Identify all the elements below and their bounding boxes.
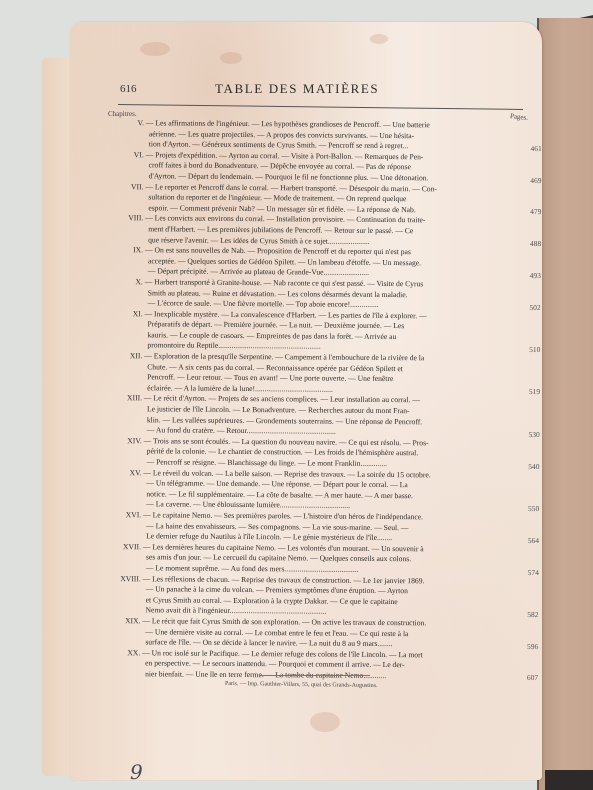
chapter-number: VI. (100, 150, 144, 161)
toc-entry: XVII. — Les dernières heures du capitain… (97, 542, 517, 577)
chapter-summary-text: que réserve l'avenir. — Les idées de Cyr… (148, 235, 370, 246)
toc-entry: XVIII. — Les réflexions de chacun. — Rep… (97, 574, 517, 619)
toc-entry: XV. — Le réveil du volcan. — La belle sa… (97, 468, 517, 513)
chapter-summary-text: et Cyrus Smith au corral. — Exploration … (146, 595, 398, 606)
page-reference: 540 (528, 462, 539, 471)
chapter-summary-text: acceptée. — Quelques sorties de Gédéon S… (148, 256, 421, 267)
page-reference: 574 (528, 568, 539, 577)
page-reference: 550 (528, 504, 539, 513)
chapter-summary-text: promontoire du Reptile..................… (147, 341, 320, 351)
page-reference: 607 (527, 673, 538, 682)
chapter-summary-text: ment d'Harbert. — Les premières jubilati… (148, 224, 413, 235)
chapter-summary-text: notice. — Le fil supplémentaire. — La cô… (146, 489, 413, 500)
page-reference: 479 (530, 207, 541, 216)
chapter-number: XI. (99, 309, 143, 320)
chapter-number: IX. (99, 245, 143, 256)
chapter-summary-text: — Une dernière visite au corral. — Le co… (145, 627, 408, 638)
page-reference: 488 (530, 239, 541, 248)
chapter-summary-text: — Le récit que fait Cyrus Smith de son e… (142, 616, 426, 627)
footer-rule (260, 675, 370, 676)
chapter-summary-text: Le dernier refuge du Nautilus à l'île Li… (146, 531, 392, 542)
chapter-summary-text: Pencroff. — Leur retour. — Tous en avant… (147, 373, 393, 384)
chapter-summary-text: Le justicier de l'île Lincoln. — Le Bona… (147, 404, 410, 415)
chapter-number: VII. (99, 182, 143, 193)
chapter-summary-text: — Trois ans se sont écoulés. — La questi… (144, 436, 429, 447)
foxing-spot (140, 42, 170, 56)
chapter-number: V. (100, 118, 144, 129)
book-cover (537, 18, 593, 790)
chapter-summary-text: — La caverne. — Une éblouissante lumière… (146, 500, 350, 510)
chapter-summary-text: espoir. — Comment prévenir Nab? — Un mes… (148, 203, 415, 214)
chapter-number: X. (99, 277, 143, 288)
chapter-number: XV. (97, 468, 141, 479)
toc-entry: XX. — Un roc isolé sur le Pacifique. — L… (96, 648, 516, 683)
chapter-summary-text: — Départ précipité. — Arrivée au plateau… (148, 267, 369, 278)
chapter-summary-text: — Le capitaine Nemo. — Ses premières par… (143, 510, 423, 521)
chapter-summary-text: — Un télégramme. — Une demande. — Une ré… (146, 479, 407, 490)
chapter-summary-text: — La haine des envahisseurs. — Ses compa… (146, 521, 408, 532)
printer-imprint: Paris. — Imp. Gauthier-Villars, 55, quai… (225, 681, 378, 689)
chapter-summary-text: — Les convicts aux environs du corral. —… (145, 214, 425, 225)
table-of-contents: V. — Les affirmations de l'ingénieur. — … (96, 118, 520, 682)
page-reference: 596 (527, 642, 538, 651)
chapter-summary-text: Smith au plateau. — Ruine et dévastation… (148, 288, 408, 299)
chapter-summary-text: éclairée. — A la lumière de la lune!....… (147, 383, 333, 393)
toc-entry: XIII. — Le récit d'Ayrton. — Projets de … (98, 393, 518, 438)
header-rule (118, 104, 523, 110)
chapter-summary-text: — Le reporter et Pencroff dans le corral… (145, 182, 437, 193)
handwritten-mark: 9 (130, 760, 143, 784)
chapter-summary-text: — Le réveil du volcan. — La belle saison… (143, 468, 430, 479)
chapter-number: XIII. (98, 393, 142, 404)
foxing-spot (310, 712, 340, 732)
chapter-summary-text: ses amis d'un jour. — Le cercueil du cap… (146, 553, 411, 564)
page-reference: 519 (529, 387, 540, 396)
chapter-summary-text: aérienne. — Les quatre projectiles. — A … (149, 129, 414, 140)
page-reference: 502 (529, 303, 540, 312)
toc-entry: XIV. — Trois ans se sont écoulés. — La q… (98, 436, 518, 471)
chapter-summary-text: surface de l'île. — On se décide à lance… (145, 637, 392, 648)
toc-entry: XVI. — Le capitaine Nemo. — Ses première… (97, 510, 517, 545)
toc-entry: VIII. — Les convicts aux environs du cor… (99, 213, 519, 248)
toc-entry: VI. — Projets d'expédition. — Ayrton au … (100, 150, 520, 185)
chapter-summary-text: croff faites à bord du Bonadventure. — D… (149, 161, 411, 172)
page-title: TABLE DES MATIÈRES (215, 81, 379, 97)
toc-entry: IX. — On est sans nouvelles de Nab. — Pr… (99, 245, 519, 280)
page-reference: 582 (527, 610, 538, 619)
chapter-number: XIV. (98, 436, 142, 447)
page-number: 616 (120, 83, 137, 95)
chapter-number: XII. (98, 351, 142, 362)
chapter-summary-text: — Projets d'expédition. — Ayrton au corr… (146, 150, 424, 161)
toc-entry: X. — Harbert transporté à Granite-house.… (99, 277, 519, 312)
chapters-label: Chapitres. (108, 110, 137, 118)
chapter-summary-text: — L'écorce de saule. — Une fièvre mortel… (148, 298, 379, 309)
page-reference: 530 (529, 430, 540, 439)
chapter-number: XVI. (97, 510, 141, 521)
toc-entry: VII. — Le reporter et Pencroff dans le c… (99, 182, 519, 217)
page-reference: 510 (529, 345, 540, 354)
page-reference: 493 (530, 271, 541, 280)
foxing-spot (370, 34, 388, 44)
chapter-summary-text: kauris. — Le couple de casoars. — Emprei… (147, 330, 396, 341)
chapter-summary-text: — Les affirmations de l'ingénieur. — Les… (146, 118, 430, 129)
toc-entry: XII. — Exploration de la presqu'île Serp… (98, 351, 518, 396)
chapter-summary-text: — Inexplicable mystère. — La convalescen… (145, 309, 427, 320)
chapter-summary-text: tion d'Ayrton. — Généreux sentiments de … (149, 140, 409, 151)
chapter-number: XVII. (97, 542, 141, 553)
chapter-number: VIII. (99, 213, 143, 224)
toc-entry: V. — Les affirmations de l'ingénieur. — … (100, 118, 520, 153)
chapter-summary-text: — Un panache à la cime du volcan. — Prem… (146, 584, 408, 595)
toc-entry: XI. — Inexplicable mystère. — La convale… (98, 309, 518, 354)
book-page: 616 TABLE DES MATIÈRES Chapitres. Pages.… (70, 22, 542, 780)
chapter-summary-text: sultation du reporter et de l'ingénieur.… (148, 192, 406, 203)
chapter-summary-text: — Le récit d'Ayrton. — Projets de ses an… (144, 394, 420, 405)
chapter-number: XVIII. (97, 574, 141, 585)
chapter-summary-text: Préparatifs de départ. — Première journé… (148, 320, 405, 331)
foxing-spot (220, 52, 242, 64)
page-reference: 564 (528, 536, 539, 545)
chapter-summary-text: en perspective. — Le secours inattendu. … (145, 659, 404, 670)
page-reference: 461 (531, 144, 542, 153)
chapter-summary-text: — Les dernières heures du capitaine Nemo… (143, 542, 424, 553)
chapter-summary-text: klin. — Les vallées supérieures. — Grond… (147, 415, 422, 426)
chapter-summary-text: Chute. — A six cents pas du corral. — Re… (147, 362, 403, 373)
book-cover-bottom (545, 770, 593, 790)
chapter-summary-text: périté de la colonie. — Le chantier de c… (147, 447, 419, 458)
page-reference: 469 (530, 176, 541, 185)
chapter-summary-text: — Un roc isolé sur le Pacifique. — Le de… (142, 648, 423, 659)
chapter-number: XX. (96, 648, 140, 659)
chapter-summary-text: — Harbert transporté à Granite-house. — … (145, 277, 424, 288)
chapter-summary-text: — On est sans nouvelles de Nab. — Propos… (145, 245, 411, 256)
chapter-summary-text: d'Ayrton. — Départ du lendemain. — Pourq… (149, 171, 429, 182)
toc-entry: XIX. — Le récit que fait Cyrus Smith de … (96, 616, 516, 651)
chapter-summary-text: — Pencroff se résigne. — Blanchissage du… (147, 457, 388, 468)
chapter-summary-text: Nemo avait dit à l'ingénieur............… (146, 606, 327, 616)
chapter-summary-text: — Au fond du cratère. — Retour..........… (147, 426, 336, 436)
chapter-number: XIX. (96, 616, 140, 627)
chapter-summary-text: — Le moment suprême. — Au fond des mers.… (146, 563, 359, 573)
chapter-summary-text: — Les réflexions de chacun. — Reprise de… (143, 574, 425, 585)
chapter-summary-text: — Exploration de la presqu'île Serpentin… (144, 351, 424, 362)
